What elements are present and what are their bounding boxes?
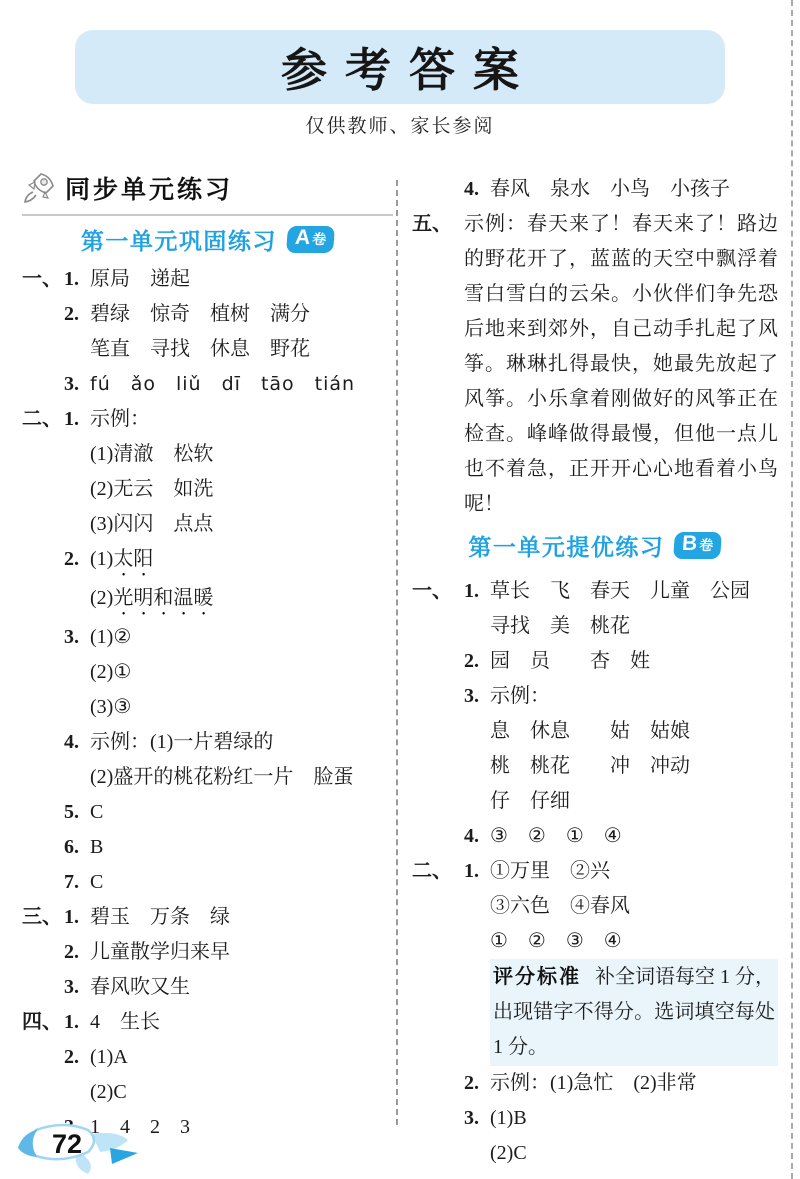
item-number: 4. xyxy=(464,172,490,207)
item-number: 3. xyxy=(464,1101,490,1136)
page-number: 72 xyxy=(52,1129,82,1159)
answer-text: (3)闪闪 点点 xyxy=(90,507,393,542)
right-column: 4.春风 泉水 小鸟 小孩子五、示例：春天来了！春天来了！路边的野花开了，蓝蓝的… xyxy=(412,172,778,1171)
page-title: 参考答案 xyxy=(263,34,537,100)
item-number xyxy=(64,655,90,690)
page-edge-dashed-line xyxy=(791,0,793,1179)
section-marker xyxy=(412,679,464,714)
answer-text: 仔 仔细 xyxy=(490,784,778,819)
item-number: 2. xyxy=(464,1066,490,1101)
section-marker xyxy=(22,795,64,830)
item-number: 2. xyxy=(64,542,90,581)
answer-text: 桃 桃花 冲 冲动 xyxy=(490,749,778,784)
answer-text: (1)太阳 xyxy=(90,542,393,581)
item-number: 1. xyxy=(464,854,490,889)
answer-row: 3.示例： xyxy=(412,679,778,714)
section-marker xyxy=(22,437,64,472)
item-number: 6. xyxy=(64,830,90,865)
section-marker: 三、 xyxy=(22,900,64,935)
answer-row: 2.碧绿 惊奇 植树 满分 xyxy=(22,297,393,332)
section-marker xyxy=(22,970,64,1005)
badge-letter: B xyxy=(682,533,699,555)
left-answer-rows: 一、1.原局 递起2.碧绿 惊奇 植树 满分笔直 寻找 休息 野花3.fú ǎo… xyxy=(22,262,393,1145)
section-marker xyxy=(22,655,64,690)
answer-text: C xyxy=(90,795,393,830)
section-marker: 二、 xyxy=(412,854,464,889)
answer-fragment: 太阳 xyxy=(113,548,153,570)
item-number xyxy=(464,714,490,749)
item-number: 7. xyxy=(64,865,90,900)
answer-row: 3.春风吹又生 xyxy=(22,970,393,1005)
item-number xyxy=(64,437,90,472)
section-marker xyxy=(22,507,64,542)
answer-row: 3.(1)B xyxy=(412,1101,778,1136)
section-b-title: 第一单元提优练习 xyxy=(468,529,664,562)
answer-text: (1)清澈 松软 xyxy=(90,437,393,472)
answer-row: 4.春风 泉水 小鸟 小孩子 xyxy=(412,172,778,207)
answer-row: 笔直 寻找 休息 野花 xyxy=(22,332,393,367)
item-number: 3. xyxy=(64,620,90,655)
item-number xyxy=(464,924,490,959)
item-number xyxy=(464,609,490,644)
answer-text: (2)无云 如洗 xyxy=(90,472,393,507)
answer-row: 2.儿童散学归来早 xyxy=(22,935,393,970)
item-number xyxy=(64,332,90,367)
item-number: 1. xyxy=(64,262,90,297)
section-marker xyxy=(412,784,464,819)
answer-row: 二、1.示例： xyxy=(22,402,393,437)
answer-row: 2.园 员 杏 姓 xyxy=(412,644,778,679)
section-marker xyxy=(22,1075,64,1110)
answer-text: 寻找 美 桃花 xyxy=(490,609,778,644)
section-b-header: 第一单元提优练习B卷 xyxy=(412,524,778,566)
answer-row: (2)① xyxy=(22,655,393,690)
answer-text: 春风吹又生 xyxy=(90,970,393,1005)
answer-row: 三、1.碧玉 万条 绿 xyxy=(22,900,393,935)
answer-text: 碧绿 惊奇 植树 满分 xyxy=(90,297,393,332)
item-number xyxy=(64,1075,90,1110)
answer-text: (1)B xyxy=(490,1101,778,1136)
answer-row: 四、1.4 生长 xyxy=(22,1005,393,1040)
answer-text: 示例： xyxy=(490,679,778,714)
answer-row: 仔 仔细 xyxy=(412,784,778,819)
answer-text: (2)C xyxy=(490,1136,778,1171)
answer-row: 3.fú ǎo liǔ dī tāo tián xyxy=(22,367,393,402)
item-number: 1. xyxy=(64,900,90,935)
answer-text: (2)盛开的桃花粉红一片 脸蛋 xyxy=(90,760,393,795)
answer-row: 五、示例：春天来了！春天来了！路边的野花开了，蓝蓝的天空中飘浮着雪白雪白的云朵。… xyxy=(412,207,778,522)
item-number: 4. xyxy=(64,725,90,760)
scoring-standard: 评分标准补全词语每空 1 分，出现错字不得分。选词填空每处 1 分。 xyxy=(490,959,778,1066)
answer-row: 2.示例：(1)急忙 (2)非常 xyxy=(412,1066,778,1101)
item-number: 2. xyxy=(64,935,90,970)
section-marker xyxy=(412,714,464,749)
answer-row: 息 休息 姑 姑娘 xyxy=(412,714,778,749)
section-marker xyxy=(22,472,64,507)
section-marker xyxy=(22,297,64,332)
answer-row: (2)C xyxy=(22,1075,393,1110)
answer-row: 2.(1)太阳 xyxy=(22,542,393,581)
section-a-title: 第一单元巩固练习 xyxy=(81,223,277,256)
answer-text: (1)A xyxy=(90,1040,393,1075)
answer-text: 笔直 寻找 休息 野花 xyxy=(90,332,393,367)
answer-row: (2)光明和温暖 xyxy=(22,581,393,620)
section-marker xyxy=(412,1066,464,1101)
item-number xyxy=(64,581,90,620)
answer-text: 碧玉 万条 绿 xyxy=(90,900,393,935)
page-number-rocket: 72 xyxy=(16,1120,146,1176)
section-marker xyxy=(412,609,464,644)
answer-text: 春风 泉水 小鸟 小孩子 xyxy=(490,172,778,207)
answer-row: (2)盛开的桃花粉红一片 脸蛋 xyxy=(22,760,393,795)
answer-key-banner: 参考答案 xyxy=(75,30,725,104)
answer-row: 一、1.原局 递起 xyxy=(22,262,393,297)
item-number xyxy=(464,889,490,924)
item-number: 2. xyxy=(464,644,490,679)
column-divider xyxy=(396,180,398,1125)
section-marker xyxy=(22,332,64,367)
answer-row: 4.③ ② ① ④ xyxy=(412,819,778,854)
section-marker: 一、 xyxy=(22,262,64,297)
answer-row: (2)C xyxy=(412,1136,778,1171)
section-a-badge: A卷 xyxy=(286,226,335,253)
item-number xyxy=(64,507,90,542)
answer-row: 5.C xyxy=(22,795,393,830)
answer-fragment: (1) xyxy=(90,548,113,570)
section-marker xyxy=(22,830,64,865)
answer-row: ① ② ③ ④ xyxy=(412,924,778,959)
section-marker xyxy=(22,725,64,760)
item-number xyxy=(64,472,90,507)
section-marker xyxy=(412,924,464,959)
answer-text: ③六色 ④春风 xyxy=(490,889,778,924)
answer-text: 示例：(1)一片碧绿的 xyxy=(90,725,393,760)
answer-text: (3)③ xyxy=(90,690,393,725)
answer-row: 7.C xyxy=(22,865,393,900)
answer-text: ①万里 ②兴 xyxy=(490,854,778,889)
answer-row: 2.(1)A xyxy=(22,1040,393,1075)
rocket-icon xyxy=(22,171,56,205)
unit-practice-title: 同步单元练习 xyxy=(65,170,233,206)
right-answer-rows: 4.春风 泉水 小鸟 小孩子五、示例：春天来了！春天来了！路边的野花开了，蓝蓝的… xyxy=(412,172,778,1171)
item-number: 3. xyxy=(64,970,90,1005)
item-number: 1. xyxy=(64,1005,90,1040)
item-number: 2. xyxy=(64,1040,90,1075)
section-marker xyxy=(22,935,64,970)
section-marker xyxy=(22,620,64,655)
section-marker xyxy=(22,865,64,900)
answer-text: B xyxy=(90,830,393,865)
item-number: 1. xyxy=(64,402,90,437)
answer-row: (3)③ xyxy=(22,690,393,725)
answer-text: (2)C xyxy=(90,1075,393,1110)
section-marker xyxy=(22,367,64,402)
section-marker xyxy=(22,690,64,725)
answer-text: 息 休息 姑 姑娘 xyxy=(490,714,778,749)
answer-text: (2)光明和温暖 xyxy=(90,581,393,620)
answer-row: (2)无云 如洗 xyxy=(22,472,393,507)
item-number: 3. xyxy=(64,367,90,402)
answer-row: 一、1.草长 飞 春天 儿童 公园 xyxy=(412,574,778,609)
badge-letter: A xyxy=(294,227,311,249)
page-subtitle: 仅供教师、家长参阅 xyxy=(0,112,800,142)
item-number xyxy=(64,760,90,795)
item-number xyxy=(464,749,490,784)
section-marker: 二、 xyxy=(22,402,64,437)
section-b-badge: B卷 xyxy=(673,532,722,559)
answer-text: (2)① xyxy=(90,655,393,690)
answer-text: (1)② xyxy=(90,620,393,655)
section-marker xyxy=(412,819,464,854)
answer-text: C xyxy=(90,865,393,900)
section-marker xyxy=(412,172,464,207)
section-a-header: 第一单元巩固练习 A卷 xyxy=(22,216,393,262)
section-marker xyxy=(412,644,464,679)
item-number xyxy=(464,1136,490,1171)
badge-suffix: 卷 xyxy=(699,534,715,556)
answer-fragment: 光明和温暖 xyxy=(113,587,213,609)
section-marker xyxy=(412,1136,464,1171)
unit-practice-header: 同步单元练习 xyxy=(22,168,393,216)
section-marker xyxy=(22,581,64,620)
section-marker: 一、 xyxy=(412,574,464,609)
section-marker xyxy=(22,542,64,581)
section-marker xyxy=(22,760,64,795)
answer-text: 草长 飞 春天 儿童 公园 xyxy=(490,574,778,609)
scoring-label: 评分标准 xyxy=(493,966,581,988)
section-marker: 四、 xyxy=(22,1005,64,1040)
item-number xyxy=(64,690,90,725)
badge-suffix: 卷 xyxy=(311,228,327,250)
section-marker xyxy=(412,1101,464,1136)
answer-text: ① ② ③ ④ xyxy=(490,924,778,959)
item-number: 1. xyxy=(464,574,490,609)
item-number: 2. xyxy=(64,297,90,332)
answer-text: ③ ② ① ④ xyxy=(490,819,778,854)
section-marker xyxy=(412,749,464,784)
section-marker: 五、 xyxy=(412,207,464,522)
answer-text: 儿童散学归来早 xyxy=(90,935,393,970)
answer-row: (1)清澈 松软 xyxy=(22,437,393,472)
answer-row: 6.B xyxy=(22,830,393,865)
answer-text: fú ǎo liǔ dī tāo tián xyxy=(90,367,393,402)
answer-row: 寻找 美 桃花 xyxy=(412,609,778,644)
answer-row: 3.(1)② xyxy=(22,620,393,655)
answer-row: (3)闪闪 点点 xyxy=(22,507,393,542)
item-number: 3. xyxy=(464,679,490,714)
answer-row: ③六色 ④春风 xyxy=(412,889,778,924)
item-number xyxy=(464,784,490,819)
item-number: 5. xyxy=(64,795,90,830)
section-marker xyxy=(412,889,464,924)
essay-answer: 示例：春天来了！春天来了！路边的野花开了，蓝蓝的天空中飘浮着雪白雪白的云朵。小伙… xyxy=(464,207,778,522)
answer-row: 二、1.①万里 ②兴 xyxy=(412,854,778,889)
section-marker xyxy=(22,1040,64,1075)
answer-row: 4.示例：(1)一片碧绿的 xyxy=(22,725,393,760)
answer-fragment: (2) xyxy=(90,587,113,609)
left-column: 同步单元练习 第一单元巩固练习 A卷 一、1.原局 递起2.碧绿 惊奇 植树 满… xyxy=(22,168,393,1145)
answer-text: 园 员 杏 姓 xyxy=(490,644,778,679)
answer-text: 示例： xyxy=(90,402,393,437)
answer-text: 示例：(1)急忙 (2)非常 xyxy=(490,1066,778,1101)
answer-row: 桃 桃花 冲 冲动 xyxy=(412,749,778,784)
item-number: 4. xyxy=(464,819,490,854)
answer-text: 4 生长 xyxy=(90,1005,393,1040)
answer-text: 原局 递起 xyxy=(90,262,393,297)
